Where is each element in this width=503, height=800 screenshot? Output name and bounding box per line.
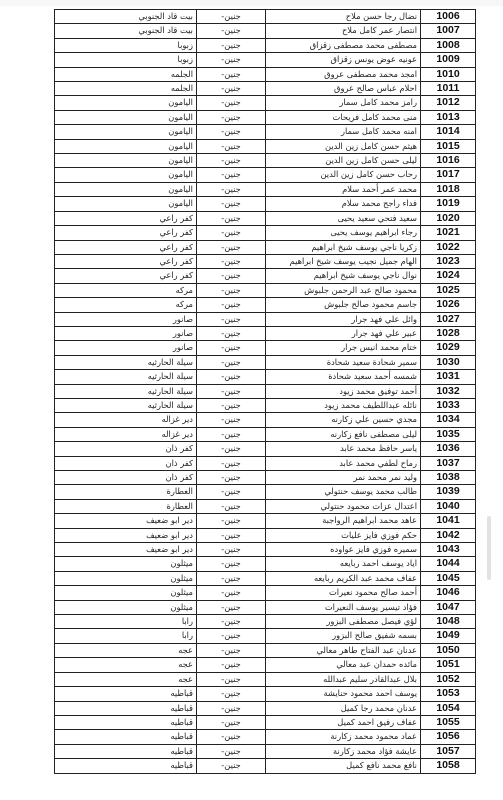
governorate-cell: جنين- <box>197 456 266 470</box>
table-row: دير ابو ضعيفجنين-سميره فوزي فايز عواوده1… <box>55 543 476 557</box>
name-cell: فداء راجح محمد سلام <box>266 197 421 211</box>
name-cell: عماد محمود محمد زكارنة <box>266 730 421 744</box>
governorate-cell: جنين- <box>197 499 266 513</box>
number-cell: 1049 <box>421 629 476 643</box>
governorate-cell: جنين- <box>197 10 266 24</box>
locality-cell: زبوبا <box>55 53 197 67</box>
governorate-cell: جنين- <box>197 53 266 67</box>
number-cell: 1021 <box>421 226 476 240</box>
governorate-cell: جنين- <box>197 67 266 81</box>
locality-cell: كفر راعي <box>55 211 197 225</box>
number-cell: 1046 <box>421 586 476 600</box>
name-cell: أحمد توفيق محمد زيود <box>266 384 421 398</box>
governorate-cell: جنين- <box>197 110 266 124</box>
number-cell: 1027 <box>421 312 476 326</box>
name-cell: شمسه أحمد سعيد شحادة <box>266 370 421 384</box>
locality-cell: رابا <box>55 615 197 629</box>
name-cell: محمد عمر أحمد سلام <box>266 182 421 196</box>
number-cell: 1031 <box>421 370 476 384</box>
locality-cell: مركه <box>55 283 197 297</box>
governorate-cell: جنين- <box>197 643 266 657</box>
locality-cell: اليامون <box>55 182 197 196</box>
governorate-cell: جنين- <box>197 543 266 557</box>
governorate-cell: جنين- <box>197 384 266 398</box>
table-row: قباطيهجنين-عدنان محمد رجا كميل1054 <box>55 701 476 715</box>
name-cell: فؤاد تيسير يوسف النعيرات <box>266 600 421 614</box>
locality-cell: اليامون <box>55 197 197 211</box>
locality-cell: الجلمه <box>55 67 197 81</box>
governorate-cell: جنين- <box>197 744 266 758</box>
number-cell: 1024 <box>421 269 476 283</box>
governorate-cell: جنين- <box>197 326 266 340</box>
locality-cell: بيت قاد الجنوبي <box>55 10 197 24</box>
governorate-cell: جنين- <box>197 759 266 773</box>
number-cell: 1022 <box>421 240 476 254</box>
table-row: قباطيهجنين-عايشة فؤاد محمد زكارنة1057 <box>55 744 476 758</box>
table-row: ميثلونجنين-اياد يوسف احمد ربايعه1044 <box>55 557 476 571</box>
number-cell: 1036 <box>421 442 476 456</box>
table-row: دير غزالهجنين-مجدي حسين علي زكارنه1034 <box>55 413 476 427</box>
locality-cell: اليامون <box>55 96 197 110</box>
document-page: بيت قاد الجنوبيجنين-نضال رجا حسن ملاح100… <box>54 9 474 774</box>
governorate-cell: جنين- <box>197 96 266 110</box>
locality-cell: سيلة الحارثيه <box>55 370 197 384</box>
number-cell: 1050 <box>421 643 476 657</box>
locality-cell: ميثلون <box>55 600 197 614</box>
table-row: كفر ذانجنين-ياسر حافظ محمد عابد1036 <box>55 442 476 456</box>
governorate-cell: جنين- <box>197 514 266 528</box>
name-cell: محمود صالح عبد الرحمن جلبوش <box>266 283 421 297</box>
name-cell: ياسر حافظ محمد عابد <box>266 442 421 456</box>
governorate-cell: جنين- <box>197 82 266 96</box>
locality-cell: عجه <box>55 643 197 657</box>
governorate-cell: جنين- <box>197 38 266 52</box>
locality-cell: كفر ذان <box>55 442 197 456</box>
number-cell: 1030 <box>421 355 476 369</box>
table-row: العطارةجنين-طالب محمد يوسف حنتولي1039 <box>55 485 476 499</box>
name-cell: نافع محمد نافع كميل <box>266 759 421 773</box>
table-row: اليامونجنين-محمد عمر أحمد سلام1018 <box>55 182 476 196</box>
table-row: ميثلونجنين-عفاف محمد عبد الكريم ربايعه10… <box>55 571 476 585</box>
table-row: كفر راعيجنين-الهام جميل نجيب يوسف شيخ اب… <box>55 254 476 268</box>
name-cell: امجد محمد مصطفى عروق <box>266 67 421 81</box>
number-cell: 1041 <box>421 514 476 528</box>
table-row: مركهجنين-جاسم محمود صالح جلبوش1026 <box>55 298 476 312</box>
table-row: صانورجنين-وائل علي فهد جرار1027 <box>55 312 476 326</box>
table-row: سيلة الحارثيهجنين-سمير شحادة سعيد شحادة1… <box>55 355 476 369</box>
number-cell: 1038 <box>421 471 476 485</box>
governorate-cell: جنين- <box>197 154 266 168</box>
number-cell: 1058 <box>421 759 476 773</box>
number-cell: 1054 <box>421 701 476 715</box>
table-row: كفر راعيجنين-سعيد فتحي سعيد يحيى1020 <box>55 211 476 225</box>
table-row: كفر ذانجنين-رماح لطفي محمد عابد1037 <box>55 456 476 470</box>
name-cell: سميره فوزي فايز عواوده <box>266 543 421 557</box>
governorate-cell: جنين- <box>197 528 266 542</box>
table-row: سيلة الحارثيهجنين-أحمد توفيق محمد زيود10… <box>55 384 476 398</box>
governorate-cell: جنين- <box>197 226 266 240</box>
locality-cell: كفر راعي <box>55 240 197 254</box>
table-row: كفر راعيجنين-زكريا ناجي يوسف شيخ ابراهيم… <box>55 240 476 254</box>
number-cell: 1010 <box>421 67 476 81</box>
locality-cell: دير ابو ضعيف <box>55 514 197 528</box>
name-cell: مجدي حسين علي زكارنه <box>266 413 421 427</box>
locality-cell: رابا <box>55 629 197 643</box>
number-cell: 1009 <box>421 53 476 67</box>
number-cell: 1035 <box>421 427 476 441</box>
locality-cell: قباطيه <box>55 744 197 758</box>
locality-cell: كفر راعي <box>55 254 197 268</box>
governorate-cell: جنين- <box>197 341 266 355</box>
name-cell: بسمه شفيق صالح البزور <box>266 629 421 643</box>
number-cell: 1017 <box>421 168 476 182</box>
table-row: اليامونجنين-ليلى حسن كامل زين الدين1016 <box>55 154 476 168</box>
number-cell: 1028 <box>421 326 476 340</box>
name-cell: رماح لطفي محمد عابد <box>266 456 421 470</box>
number-cell: 1039 <box>421 485 476 499</box>
name-cell: رحاب حسن كامل زين الدين <box>266 168 421 182</box>
governorate-cell: جنين- <box>197 24 266 38</box>
name-cell: سمير شحادة سعيد شحادة <box>266 355 421 369</box>
name-cell: نوال ناجي يوسف شيخ ابراهيم <box>266 269 421 283</box>
locality-cell: اليامون <box>55 139 197 153</box>
locality-cell: سيلة الحارثيه <box>55 355 197 369</box>
vertical-scrollbar[interactable] <box>487 516 491 580</box>
number-cell: 1008 <box>421 38 476 52</box>
governorate-cell: جنين- <box>197 471 266 485</box>
governorate-cell: جنين- <box>197 240 266 254</box>
table-row: ميثلونجنين-أحمد صالح محمود نعيرات1046 <box>55 586 476 600</box>
number-cell: 1016 <box>421 154 476 168</box>
number-cell: 1032 <box>421 384 476 398</box>
name-cell: هيثم حسن كامل زين الدين <box>266 139 421 153</box>
number-cell: 1020 <box>421 211 476 225</box>
locality-cell: العطارة <box>55 485 197 499</box>
name-cell: بلال عبدالقادر سليم عبدالله <box>266 672 421 686</box>
locality-cell: كفر راعي <box>55 226 197 240</box>
governorate-cell: جنين- <box>197 600 266 614</box>
table-row: سيلة الحارثيهجنين-نائله عبداللطيف محمد ز… <box>55 398 476 412</box>
locality-cell: عجه <box>55 672 197 686</box>
table-row: بيت قاد الجنوبيجنين-نضال رجا حسن ملاح100… <box>55 10 476 24</box>
name-cell: زكريا ناجي يوسف شيخ ابراهيم <box>266 240 421 254</box>
locality-cell: العطارة <box>55 499 197 513</box>
governorate-cell: جنين- <box>197 168 266 182</box>
governorate-cell: جنين- <box>197 672 266 686</box>
table-row: اليامونجنين-هيثم حسن كامل زين الدين1015 <box>55 139 476 153</box>
table-row: الجلمهجنين-احلام عباس صالح عروق1011 <box>55 82 476 96</box>
top-bar <box>0 0 503 6</box>
governorate-cell: جنين- <box>197 715 266 729</box>
governorate-cell: جنين- <box>197 442 266 456</box>
name-cell: اعتدال عزات محمود حنتولي <box>266 499 421 513</box>
name-cell: الهام جميل نجيب يوسف شيخ ابراهيم <box>266 254 421 268</box>
table-row: كفر راعيجنين-نوال ناجي يوسف شيخ ابراهيم1… <box>55 269 476 283</box>
table-row: اليامونجنين-امنه محمد كامل سمار1014 <box>55 125 476 139</box>
table-row: عجهجنين-مائده حمدان عبد معالي1051 <box>55 658 476 672</box>
locality-cell: صانور <box>55 312 197 326</box>
name-cell: انتصار عمر كامل ملاح <box>266 24 421 38</box>
name-cell: ليلى مصطفى نافع زكارنه <box>266 427 421 441</box>
locality-cell: صانور <box>55 326 197 340</box>
number-cell: 1045 <box>421 571 476 585</box>
locality-cell: سيلة الحارثيه <box>55 384 197 398</box>
number-cell: 1023 <box>421 254 476 268</box>
locality-cell: ميثلون <box>55 557 197 571</box>
locality-cell: الجلمه <box>55 82 197 96</box>
locality-cell: كفر ذان <box>55 456 197 470</box>
locality-cell: قباطيه <box>55 687 197 701</box>
name-cell: طالب محمد يوسف حنتولي <box>266 485 421 499</box>
table-row: سيلة الحارثيهجنين-شمسه أحمد سعيد شحادة10… <box>55 370 476 384</box>
locality-cell: قباطيه <box>55 730 197 744</box>
table-row: مركهجنين-محمود صالح عبد الرحمن جلبوش1025 <box>55 283 476 297</box>
locality-cell: ميثلون <box>55 571 197 585</box>
governorate-cell: جنين- <box>197 197 266 211</box>
table-row: قباطيهجنين-يوسف احمد محمود حنايشة1053 <box>55 687 476 701</box>
locality-cell: قباطيه <box>55 701 197 715</box>
number-cell: 1025 <box>421 283 476 297</box>
number-cell: 1013 <box>421 110 476 124</box>
table-row: عجهجنين-عدنان عبد الفتاح طاهر معالي1050 <box>55 643 476 657</box>
name-cell: رامز محمد كامل سمار <box>266 96 421 110</box>
name-cell: اياد يوسف احمد ربايعه <box>266 557 421 571</box>
governorate-cell: جنين- <box>197 182 266 196</box>
governorate-cell: جنين- <box>197 312 266 326</box>
name-cell: وليد نمر محمد نمر <box>266 471 421 485</box>
number-cell: 1034 <box>421 413 476 427</box>
table-row: قباطيهجنين-عفاف رفيق احمد كميل1055 <box>55 715 476 729</box>
governorate-cell: جنين- <box>197 254 266 268</box>
names-table: بيت قاد الجنوبيجنين-نضال رجا حسن ملاح100… <box>54 9 476 774</box>
name-cell: منى محمد كامل فريحات <box>266 110 421 124</box>
number-cell: 1055 <box>421 715 476 729</box>
locality-cell: دير ابو ضعيف <box>55 543 197 557</box>
locality-cell: اليامون <box>55 110 197 124</box>
governorate-cell: جنين- <box>197 586 266 600</box>
governorate-cell: جنين- <box>197 139 266 153</box>
name-cell: ختام محمد انيس جرار <box>266 341 421 355</box>
table-row: العطارةجنين-اعتدال عزات محمود حنتولي1040 <box>55 499 476 513</box>
number-cell: 1018 <box>421 182 476 196</box>
name-cell: مائده حمدان عبد معالي <box>266 658 421 672</box>
name-cell: عدنان محمد رجا كميل <box>266 701 421 715</box>
number-cell: 1014 <box>421 125 476 139</box>
name-cell: سعيد فتحي سعيد يحيى <box>266 211 421 225</box>
governorate-cell: جنين- <box>197 615 266 629</box>
locality-cell: زبوبا <box>55 38 197 52</box>
table-row: بيت قاد الجنوبيجنين-انتصار عمر كامل ملاح… <box>55 24 476 38</box>
governorate-cell: جنين- <box>197 427 266 441</box>
name-cell: عونيه عوض يونس زقزاق <box>266 53 421 67</box>
governorate-cell: جنين- <box>197 658 266 672</box>
number-cell: 1011 <box>421 82 476 96</box>
locality-cell: كفر راعي <box>55 269 197 283</box>
number-cell: 1052 <box>421 672 476 686</box>
number-cell: 1007 <box>421 24 476 38</box>
locality-cell: كفر ذان <box>55 471 197 485</box>
number-cell: 1043 <box>421 543 476 557</box>
name-cell: عايشة فؤاد محمد زكارنة <box>266 744 421 758</box>
locality-cell: اليامون <box>55 125 197 139</box>
name-cell: نضال رجا حسن ملاح <box>266 10 421 24</box>
table-row: دير غزالهجنين-ليلى مصطفى نافع زكارنه1035 <box>55 427 476 441</box>
number-cell: 1042 <box>421 528 476 542</box>
governorate-cell: جنين- <box>197 413 266 427</box>
locality-cell: مركه <box>55 298 197 312</box>
name-cell: نائله عبداللطيف محمد زيود <box>266 398 421 412</box>
number-cell: 1029 <box>421 341 476 355</box>
governorate-cell: جنين- <box>197 629 266 643</box>
governorate-cell: جنين- <box>197 211 266 225</box>
name-cell: احلام عباس صالح عروق <box>266 82 421 96</box>
number-cell: 1047 <box>421 600 476 614</box>
number-cell: 1051 <box>421 658 476 672</box>
governorate-cell: جنين- <box>197 269 266 283</box>
number-cell: 1026 <box>421 298 476 312</box>
name-cell: يوسف احمد محمود حنايشة <box>266 687 421 701</box>
table-row: اليامونجنين-رحاب حسن كامل زين الدين1017 <box>55 168 476 182</box>
locality-cell: اليامون <box>55 168 197 182</box>
table-row: كفر ذانجنين-وليد نمر محمد نمر1038 <box>55 471 476 485</box>
number-cell: 1056 <box>421 730 476 744</box>
table-row: قباطيهجنين-نافع محمد نافع كميل1058 <box>55 759 476 773</box>
locality-cell: قباطيه <box>55 759 197 773</box>
table-row: كفر راعيجنين-رجاء ابراهيم يوسف يحيى1021 <box>55 226 476 240</box>
number-cell: 1057 <box>421 744 476 758</box>
number-cell: 1040 <box>421 499 476 513</box>
name-cell: امنه محمد كامل سمار <box>266 125 421 139</box>
governorate-cell: جنين- <box>197 701 266 715</box>
locality-cell: سيلة الحارثيه <box>55 398 197 412</box>
table-row: راباجنين-لؤي فيصل مصطفى البزور1048 <box>55 615 476 629</box>
table-row: ميثلونجنين-فؤاد تيسير يوسف النعيرات1047 <box>55 600 476 614</box>
governorate-cell: جنين- <box>197 571 266 585</box>
governorate-cell: جنين- <box>197 557 266 571</box>
locality-cell: قباطيه <box>55 715 197 729</box>
name-cell: عفاف محمد عبد الكريم ربايعه <box>266 571 421 585</box>
name-cell: ليلى حسن كامل زين الدين <box>266 154 421 168</box>
governorate-cell: جنين- <box>197 283 266 297</box>
governorate-cell: جنين- <box>197 730 266 744</box>
governorate-cell: جنين- <box>197 398 266 412</box>
number-cell: 1037 <box>421 456 476 470</box>
governorate-cell: جنين- <box>197 355 266 369</box>
governorate-cell: جنين- <box>197 370 266 384</box>
locality-cell: بيت قاد الجنوبي <box>55 24 197 38</box>
table-row: زبوباجنين-عونيه عوض يونس زقزاق1009 <box>55 53 476 67</box>
table-row: صانورجنين-ختام محمد انيس جرار1029 <box>55 341 476 355</box>
table-row: اليامونجنين-فداء راجح محمد سلام1019 <box>55 197 476 211</box>
locality-cell: دير ابو ضعيف <box>55 528 197 542</box>
number-cell: 1048 <box>421 615 476 629</box>
number-cell: 1019 <box>421 197 476 211</box>
number-cell: 1044 <box>421 557 476 571</box>
name-cell: جاسم محمود صالح جلبوش <box>266 298 421 312</box>
table-row: عجهجنين-بلال عبدالقادر سليم عبدالله1052 <box>55 672 476 686</box>
number-cell: 1006 <box>421 10 476 24</box>
locality-cell: عجه <box>55 658 197 672</box>
table-row: زبوباجنين-مصطفى محمد مصطفى زقزاق1008 <box>55 38 476 52</box>
locality-cell: دير غزاله <box>55 427 197 441</box>
name-cell: وائل علي فهد جرار <box>266 312 421 326</box>
table-row: اليامونجنين-رامز محمد كامل سمار1012 <box>55 96 476 110</box>
name-cell: عاهد محمد ابراهيم الرواجبة <box>266 514 421 528</box>
name-cell: أحمد صالح محمود نعيرات <box>266 586 421 600</box>
locality-cell: دير غزاله <box>55 413 197 427</box>
table-row: دير ابو ضعيفجنين-حكم فوزي فايز عليات1042 <box>55 528 476 542</box>
locality-cell: صانور <box>55 341 197 355</box>
number-cell: 1033 <box>421 398 476 412</box>
number-cell: 1012 <box>421 96 476 110</box>
table-body: بيت قاد الجنوبيجنين-نضال رجا حسن ملاح100… <box>55 10 476 774</box>
name-cell: لؤي فيصل مصطفى البزور <box>266 615 421 629</box>
name-cell: رجاء ابراهيم يوسف يحيى <box>266 226 421 240</box>
table-row: قباطيهجنين-عماد محمود محمد زكارنة1056 <box>55 730 476 744</box>
governorate-cell: جنين- <box>197 125 266 139</box>
locality-cell: اليامون <box>55 154 197 168</box>
name-cell: مصطفى محمد مصطفى زقزاق <box>266 38 421 52</box>
number-cell: 1053 <box>421 687 476 701</box>
governorate-cell: جنين- <box>197 485 266 499</box>
locality-cell: ميثلون <box>55 586 197 600</box>
governorate-cell: جنين- <box>197 298 266 312</box>
table-row: راباجنين-بسمه شفيق صالح البزور1049 <box>55 629 476 643</box>
name-cell: عفاف رفيق احمد كميل <box>266 715 421 729</box>
name-cell: عدنان عبد الفتاح طاهر معالي <box>266 643 421 657</box>
name-cell: حكم فوزي فايز عليات <box>266 528 421 542</box>
table-row: الجلمهجنين-امجد محمد مصطفى عروق1010 <box>55 67 476 81</box>
number-cell: 1015 <box>421 139 476 153</box>
name-cell: عبير علي فهد جرار <box>266 326 421 340</box>
table-row: اليامونجنين-منى محمد كامل فريحات1013 <box>55 110 476 124</box>
table-row: صانورجنين-عبير علي فهد جرار1028 <box>55 326 476 340</box>
governorate-cell: جنين- <box>197 687 266 701</box>
table-row: دير ابو ضعيفجنين-عاهد محمد ابراهيم الروا… <box>55 514 476 528</box>
